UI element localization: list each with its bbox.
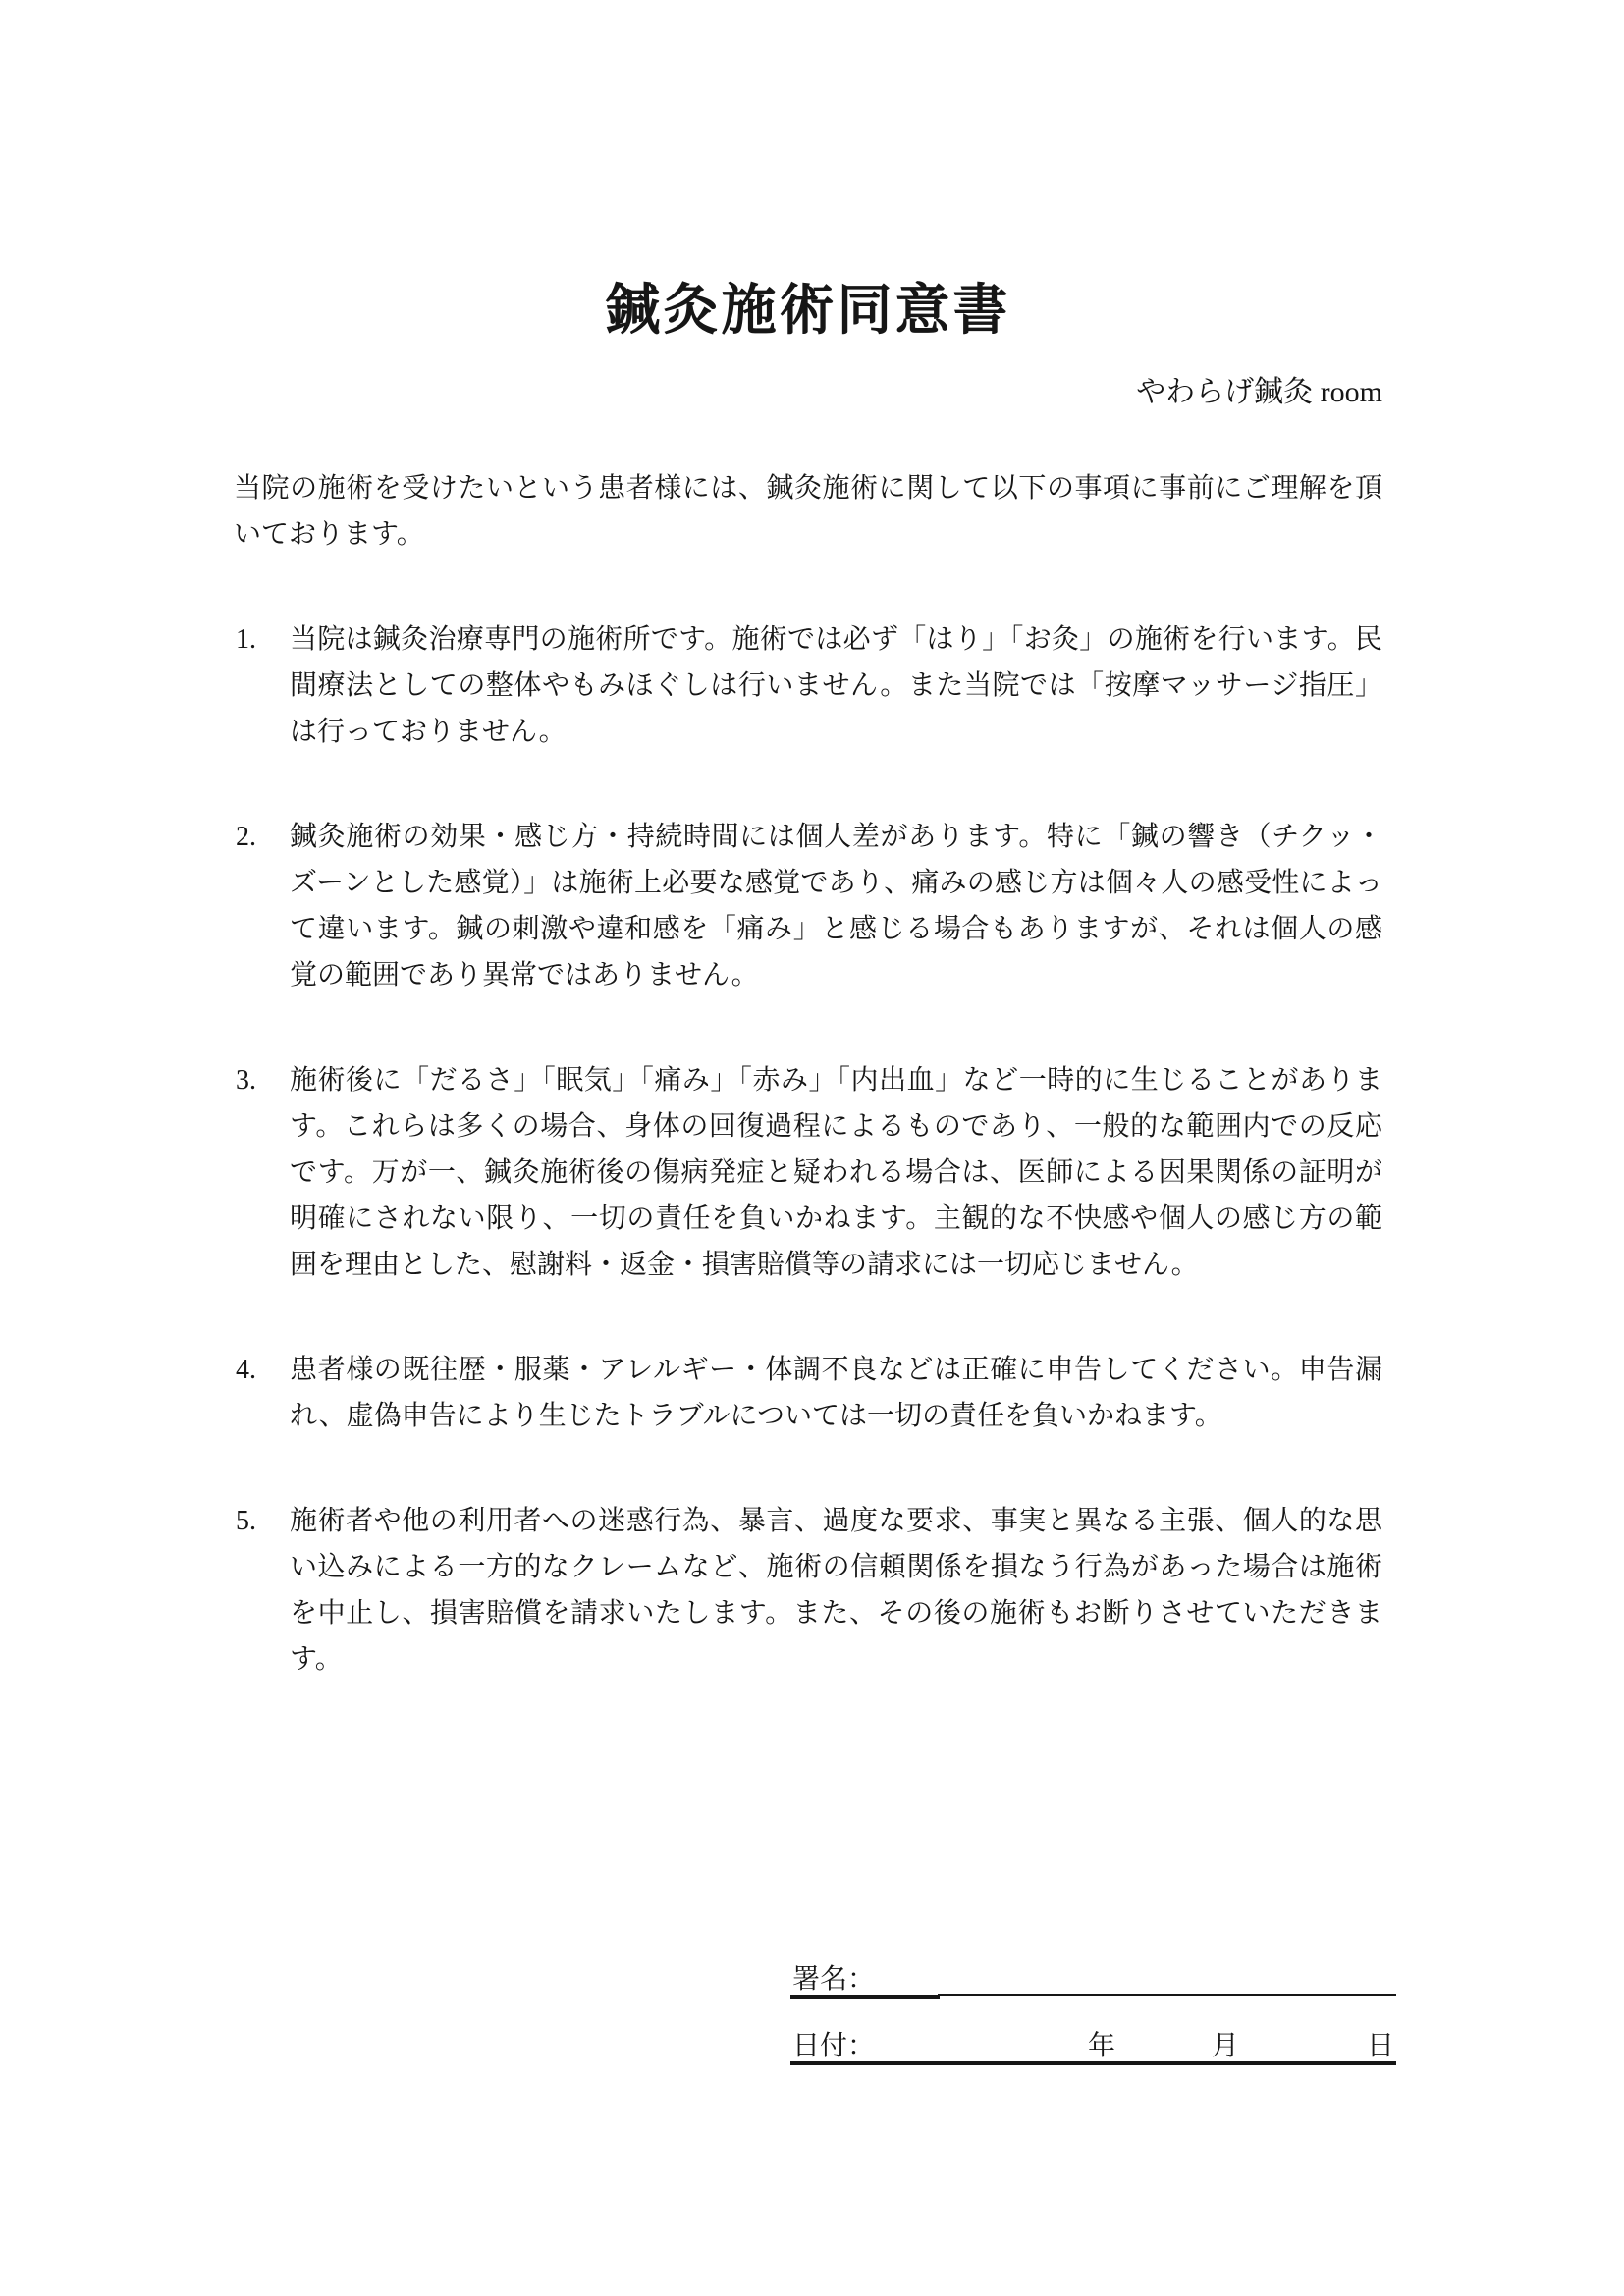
document-title: 鍼灸施術同意書 (234, 278, 1382, 345)
item-number: 1. (236, 616, 256, 663)
year-label: 年 (1088, 2030, 1115, 2063)
item-number: 5. (236, 1498, 256, 1544)
day-label: 日 (1367, 2030, 1394, 2063)
consent-item-list: 1. 当院は鍼灸治療専門の施術所です。施術では必ず「はり」「お灸」の施術を行いま… (234, 616, 1382, 1682)
date-input-line[interactable] (790, 2061, 1396, 2065)
signature-label-underline (790, 1995, 940, 1999)
signature-block: 署名： 日付： 年 月 日 (790, 1946, 1396, 2065)
date-label: 日付： (792, 2030, 875, 2063)
item-text: 患者様の既往歴・服薬・アレルギー・体調不良などは正確に申告してください。申告漏れ… (290, 1347, 1382, 1439)
month-label: 月 (1212, 2030, 1239, 2063)
item-number: 4. (236, 1347, 256, 1393)
signature-input-line[interactable] (938, 1994, 1396, 1996)
consent-item-4: 4. 患者様の既往歴・服薬・アレルギー・体調不良などは正確に申告してください。申… (234, 1347, 1382, 1439)
signature-row: 署名： (790, 1946, 1396, 1999)
item-text: 施術後に「だるさ」「眠気」「痛み」「赤み」「内出血」など一時的に生じることがあり… (290, 1057, 1382, 1288)
consent-item-1: 1. 当院は鍼灸治療専門の施術所です。施術では必ず「はり」「お灸」の施術を行いま… (234, 616, 1382, 755)
signature-label: 署名： (792, 1963, 875, 1997)
consent-document-page: 鍼灸施術同意書 やわらげ鍼灸 room 当院の施術を受けたいという患者様には、鍼… (0, 0, 1624, 2296)
item-text: 施術者や他の利用者への迷惑行為、暴言、過度な要求、事実と異なる主張、個人的な思い… (290, 1498, 1382, 1682)
item-text: 鍼灸施術の効果・感じ方・持続時間には個人差があります。特に「鍼の響き（チクッ・ズ… (290, 814, 1382, 998)
item-number: 2. (236, 814, 256, 860)
consent-item-5: 5. 施術者や他の利用者への迷惑行為、暴言、過度な要求、事実と異なる主張、個人的… (234, 1498, 1382, 1682)
document-body: 鍼灸施術同意書 やわらげ鍼灸 room 当院の施術を受けたいという患者様には、鍼… (234, 0, 1382, 1682)
date-row: 日付： 年 月 日 (790, 2012, 1396, 2065)
item-text: 当院は鍼灸治療専門の施術所です。施術では必ず「はり」「お灸」の施術を行います。民… (290, 616, 1382, 755)
intro-paragraph: 当院の施術を受けたいという患者様には、鍼灸施術に関して以下の事項に事前にご理解を… (234, 465, 1382, 558)
item-number: 3. (236, 1057, 256, 1103)
clinic-name: やわらげ鍼灸 room (234, 371, 1382, 414)
consent-item-3: 3. 施術後に「だるさ」「眠気」「痛み」「赤み」「内出血」など一時的に生じること… (234, 1057, 1382, 1288)
consent-item-2: 2. 鍼灸施術の効果・感じ方・持続時間には個人差があります。特に「鍼の響き（チク… (234, 814, 1382, 998)
